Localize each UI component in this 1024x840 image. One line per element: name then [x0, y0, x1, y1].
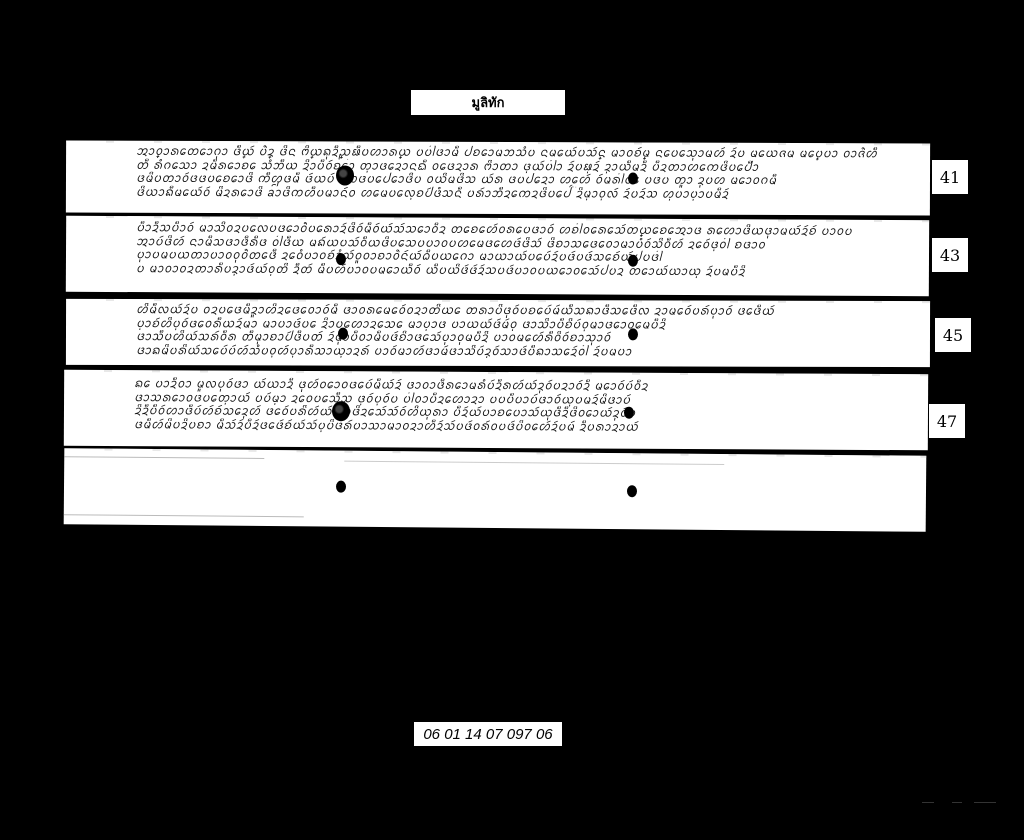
page-number: 43 [940, 246, 960, 265]
palm-leaf-page-47: ᨦᩮ ᨷᩣᨯᩥᩅᩣ ᨾᩪᩃᨷᩩᩅᩢᨴᩣ ᨿᩢᨿᩣᨯᩥ ᨴᩩᩉᩢᩅᩮᩣᩅᨴᩮᨷᩢᨾ… [64, 370, 928, 451]
frame-id-label: 06 01 14 07 097 06 [414, 722, 562, 746]
binding-hole-icon [336, 253, 346, 265]
binding-hole-icon [628, 255, 638, 267]
leaf-text: ᨷᩥᩣᨯᩥᩈᨷᩥᩣᩅᩢ ᨾᩣᩈᩦᩅᨯᨷᩮᩃᨷᨴᩮᩣᩅᩫᨷᩮᩁᩣᨯᩢᨴᩦᩅᩢᨾᩥᩅ… [136, 221, 919, 279]
page-number-tag: 43 [932, 238, 968, 272]
page-number-tag: 41 [932, 160, 968, 194]
manuscript-title-label: มูลิทัก [411, 90, 565, 115]
leaf-grain [344, 461, 724, 465]
scan-artifact [974, 802, 996, 803]
microfilm-frame: มูลิทัก ᩋᩣ᩠ᩅᩣᩁᩮᨲᩮᩣᨣᩩᩣ ᨴᩥ᩠ᨿᩢ ᨷᩫ᩠ᨯ ᨴᩦᨶ ᨻᩦ᩠… [0, 0, 1024, 840]
palm-leaf-page-41: ᩋᩣ᩠ᩅᩣᩁᩮᨲᩮᩣᨣᩩᩣ ᨴᩥ᩠ᨿᩢ ᨷᩫ᩠ᨯ ᨴᩦᨶ ᨻᩦ᩠ᨿᨦᩩᨯᩥ᩠ᨬᨹ… [66, 140, 930, 215]
page-number: 47 [937, 412, 957, 431]
leaf-text: ᩉᩦᨾᩥᩃᨿᩢᨯᩢᨷ ᩅᨯᨷᩮᨴᨾᩥᨯᩪᩣᩉᩦᨯᩮᨴᩮᩅᩣᩅᩢᨾᩥ ᨴᩣᩅᩁᩮᨾ… [136, 303, 920, 359]
leaf-line: ᨴᩦᨿᩣᨦᩥᨾᩮᨿᩢᩅᩢ ᨾᩦᨯᩁᩮᩣᨴᩦ ᨡᩣᨴᩦᨠᩉᩥᨷᨾᩣᨶᩢᩅ ᩉᩮᨾᨷ… [136, 185, 920, 201]
frame-id: 06 01 14 07 097 06 [423, 726, 552, 743]
palm-leaf-blank [64, 448, 927, 532]
page-number: 41 [940, 168, 960, 187]
leaf-line: ᨷ ᨾᩣᩅᩣᩅᨯᨲᩣᩁᩥᨷᨯᩩᩣᨴᩢᨿᩢᩅᩩᨲᩦ ᨯᩥᨲᩢ ᨾᩥᨷᩉᩢᨷᩣᩅᨷᨾ… [136, 262, 919, 280]
palm-leaf-page-43: ᨷᩥᩣᨯᩥᩈᨷᩥᩣᩅᩢ ᨾᩣᩈᩦᩅᨯᨷᩮᩃᨷᨴᩮᩣᩅᩫᨷᩮᩁᩣᨯᩢᨴᩦᩅᩢᨾᩥᩅ… [66, 216, 929, 297]
page-number: 45 [943, 326, 963, 345]
leaf-text: ᩋᩣ᩠ᩅᩣᩁᩮᨲᩮᩣᨣᩩᩣ ᨴᩥ᩠ᨿᩢ ᨷᩫ᩠ᨯ ᨴᩦᨶ ᨻᩦ᩠ᨿᨦᩩᨯᩥ᩠ᨬᨹ… [136, 145, 920, 202]
binding-hole-icon [332, 401, 350, 421]
leaf-line: ᨴᩣᨦᨾᩦᨷᩁᩦᨿᩢᩈᩮᨷᩢᨷᩢᩉᩢᩈᩴᨷᩅᩩᩉᩢᨷᩩᩣᩁᩥᩈᩣᨿᩩᩣᨯᩁᩢ ᨷ… [136, 344, 920, 360]
binding-hole-icon [628, 328, 638, 340]
scan-artifact [922, 802, 934, 803]
manuscript-title: มูลิทัก [472, 92, 505, 113]
scan-artifact [952, 802, 962, 803]
leaf-grain [64, 456, 264, 459]
leaf-text: ᨦᩮ ᨷᩣᨯᩥᩅᩣ ᨾᩪᩃᨷᩩᩅᩢᨴᩣ ᨿᩢᨿᩣᨯᩥ ᨴᩩᩉᩢᩅᩮᩣᩅᨴᩮᨷᩢᨾ… [134, 377, 918, 435]
binding-hole-icon [628, 172, 638, 184]
page-number-tag: 45 [935, 318, 971, 352]
binding-hole-icon [627, 485, 637, 497]
leaf-line: ᨴᨾᩥᩉᩢᨾᩦᨷᨯᩦᨷᨧᩣ ᨾᩥᩈᩢᨯᩢᨷᩥᨯᩢᨴᩮᨴᩢᨧᩢᨿᩢᩈᩢᨷᩩᨷᩦᨴᩁ… [134, 418, 918, 436]
page-number-tag: 47 [929, 404, 965, 438]
binding-hole-icon [336, 481, 346, 493]
binding-hole-icon [336, 165, 354, 185]
leaf-grain [64, 514, 304, 517]
palm-leaf-page-45: ᩉᩦᨾᩥᩃᨿᩢᨯᩢᨷ ᩅᨯᨷᩮᨴᨾᩥᨯᩪᩣᩉᩦᨯᩮᨴᩮᩅᩣᩅᩢᨾᩥ ᨴᩣᩅᩁᩮᨾ… [66, 299, 930, 367]
binding-hole-icon [338, 328, 348, 340]
binding-hole-icon [624, 407, 634, 419]
